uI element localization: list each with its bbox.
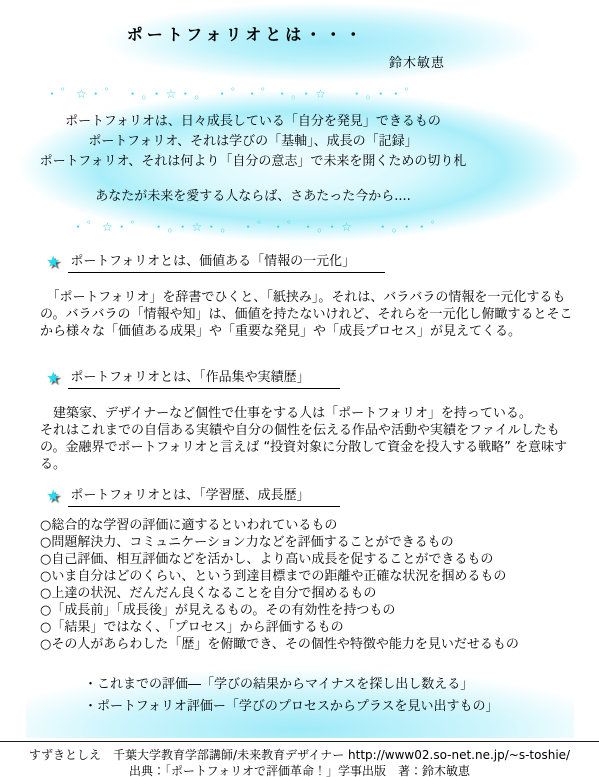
summary-item: ・これまでの評価―「学びの結果からマイナスを探し出し数える」 (84, 674, 574, 696)
list-item: ○「結果」ではなく、「プロセス」から評価するもの (40, 619, 575, 636)
page-title: ポートフォリオとは・・・ (0, 22, 492, 45)
footer-credit-line: すずきとしえ 千葉大学教育学部講師/未来教育デザイナー http://www02… (0, 747, 599, 763)
section-heading-row: ★ポートフォリオとは、価値ある「情報の一元化」 (40, 250, 575, 273)
list-item: ○上達の状況、だんだん良くなることを自分で掴めるもの (40, 585, 575, 602)
section-works-collection: ★ポートフォリオとは、「作品集や実績歴」 建築家、デザイナーなど個性で仕事をする… (40, 366, 575, 473)
section-heading-row: ★ポートフォリオとは、「作品集や実績歴」 (40, 366, 575, 389)
footer-divider (0, 741, 599, 742)
intro-line-3: ポートフォリオ、それは何より「自分の意志」で未来を開くための切り札 (0, 152, 506, 172)
section-information-unification: ★ポートフォリオとは、価値ある「情報の一元化」 「ポートフォリオ」を辞書でひくと… (40, 250, 575, 340)
star-icon: ★ (46, 368, 60, 387)
intro-line-2: ポートフォリオ、それは学びの「基軸」、成長の「記録」 (0, 132, 506, 152)
star-divider-bottom: ・゜☆・゜ ・。・☆・。 ・゜・゜・。・☆ ・。・・゜ (72, 218, 446, 235)
list-item: ○自己評価、相互評価などを活かし、より高い成長を促することができるもの (40, 551, 575, 568)
section-heading-row: ★ポートフォリオとは、「学習歴、成長歴」 (40, 484, 575, 507)
section-paragraph: それはこれまでの自信ある実績や自分の個性を伝える作品や活動や実績をファイルしたも… (40, 422, 575, 473)
section-paragraph: 建築家、デザイナーなど個性で仕事をする人は「ポートフォリオ」を持っている。 (40, 405, 575, 422)
section-heading: ポートフォリオとは、「学習歴、成長歴」 (68, 484, 339, 507)
footer: すずきとしえ 千葉大学教育学部講師/未来教育デザイナー http://www02… (0, 747, 599, 777)
star-icon: ★ (46, 252, 60, 271)
section-paragraph: 「ポートフォリオ」を辞書でひくと、「紙挟み」。それは、バラバラの情報を一元化する… (40, 289, 575, 340)
summary-item: ・ポートフォリオ評価ー「学びのプロセスからプラスを見い出すもの」 (84, 696, 574, 718)
section-heading: ポートフォリオとは、価値ある「情報の一元化」 (68, 250, 385, 273)
footer-source-line: 出典：「ポートフォリオで評価革命！」学事出版 著：鈴木敏恵 (0, 763, 599, 777)
feature-list: ○総合的な学習の評価に適するといわれているもの ○問題解決力、コミュニケーション… (40, 517, 575, 653)
intro-block: ポートフォリオは、日々成長している「自分を発見」できるもの ポートフォリオ、それ… (0, 112, 506, 207)
evaluation-summary-box: ・これまでの評価―「学びの結果からマイナスを探し出し数える」 ・ポートフォリオ評… (26, 666, 574, 738)
list-item: ○総合的な学習の評価に適するといわれているもの (40, 517, 575, 534)
list-item: ○問題解決力、コミュニケーション力などを評価することができるもの (40, 534, 575, 551)
portfolio-document-page: ポートフォリオとは・・・ 鈴木敏恵 ・゜☆・゜ ・。・☆・。 ・゜・゜・。・☆ … (0, 0, 599, 777)
intro-line-1: ポートフォリオは、日々成長している「自分を発見」できるもの (0, 112, 506, 132)
list-item: ○その人があらわした「歴」を俯瞰でき、その個性や特徴や能力を見いだせるもの (40, 636, 575, 653)
star-icon: ★ (46, 486, 60, 505)
author-name: 鈴木敏恵 (389, 52, 445, 71)
intro-closing-line: あなたが未来を愛する人ならば、さあたった今から.... (0, 187, 506, 207)
list-item: ○いま自分はどのくらい、という到達目標までの距離や正確な状況を掴めるもの (40, 568, 575, 585)
section-learning-history: ★ポートフォリオとは、「学習歴、成長歴」 ○総合的な学習の評価に適するといわれて… (40, 484, 575, 653)
section-heading: ポートフォリオとは、「作品集や実績歴」 (68, 366, 339, 389)
list-item: ○「成長前」「成長後」が見えるもの。その有効性を持つもの (40, 602, 575, 619)
